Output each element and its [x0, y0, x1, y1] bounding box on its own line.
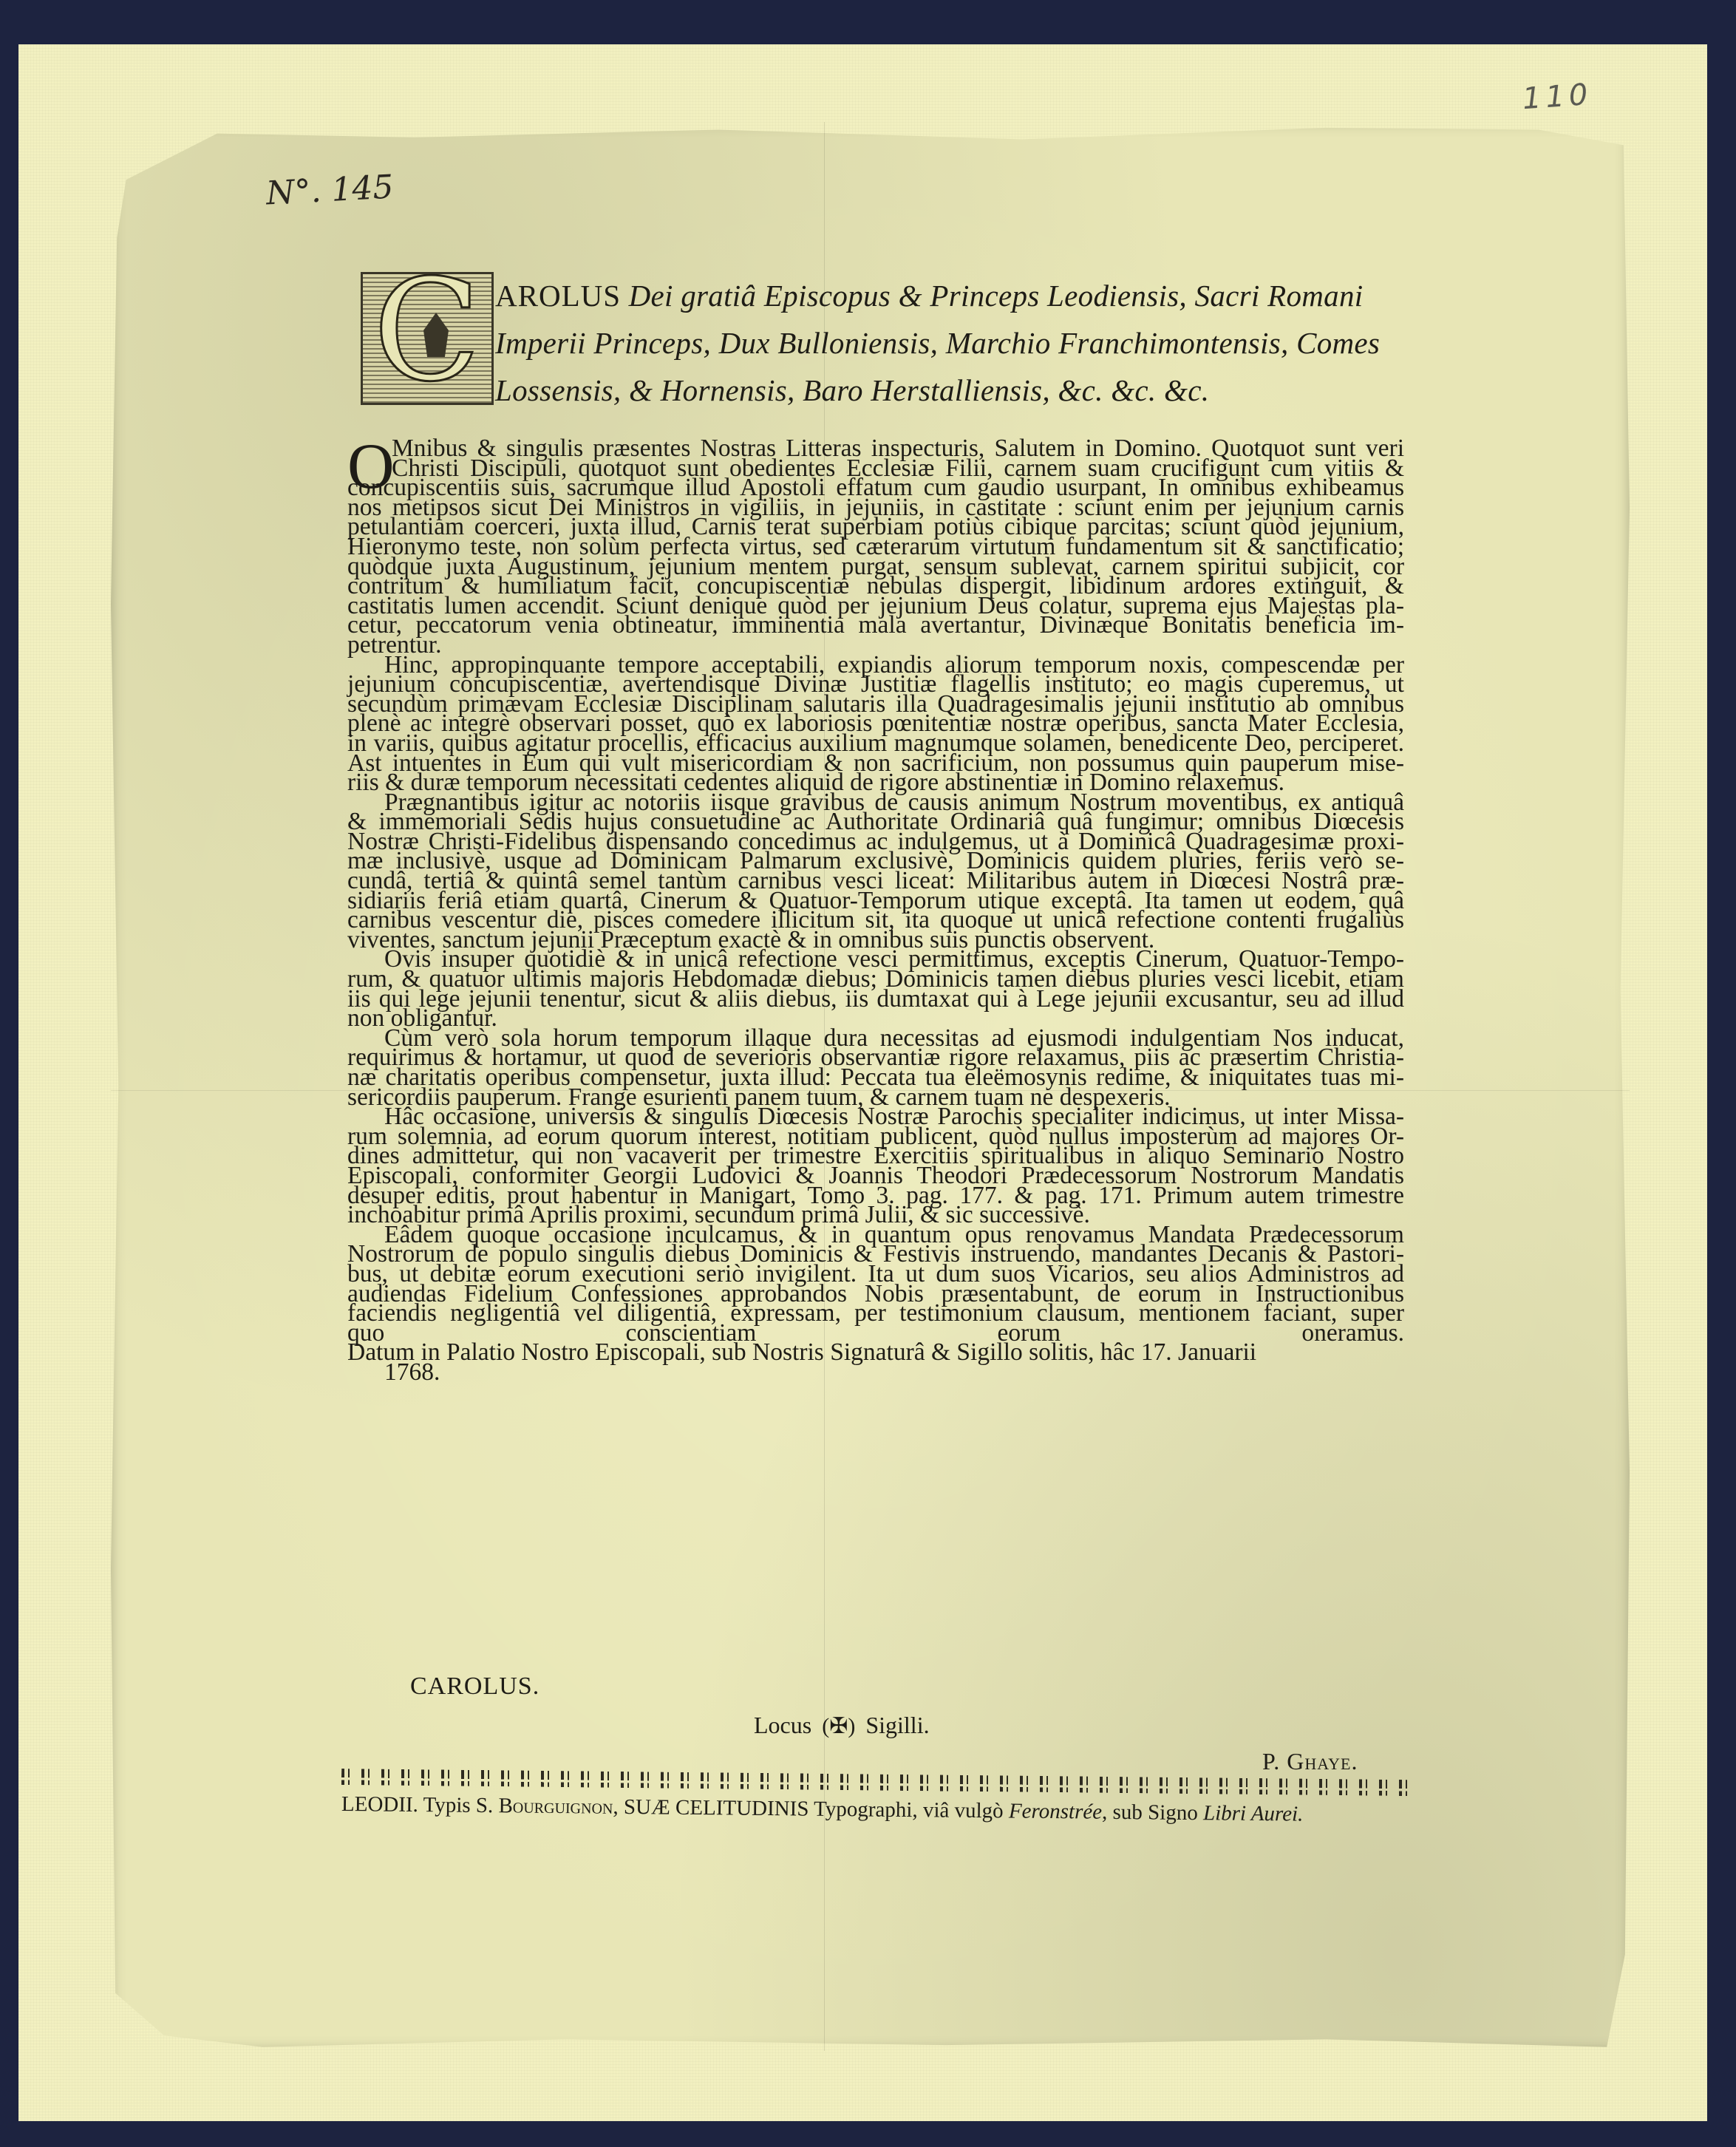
body-line: cetur, peccatorum venia obtineatur, immi… — [347, 616, 1404, 636]
archive-number: N°. 145 — [265, 169, 395, 213]
title-line: Lossensis, & Hornensis, Baro Herstallien… — [495, 367, 1412, 414]
pencil-folio-number: 110 — [1522, 78, 1593, 116]
title-lines: AROLUS Dei gratiâ Episcopus & Princeps L… — [495, 272, 1412, 414]
drop-initial-o: O — [347, 438, 395, 497]
title-line: Imperii Princeps, Dux Bulloniensis, Marc… — [495, 319, 1412, 367]
seal-cross-icon: (✠) — [822, 1713, 855, 1739]
signature-ghaye: P. Ghaye. — [1262, 1748, 1358, 1775]
signature-carolus: CAROLUS. — [410, 1673, 539, 1701]
mandate-body-text: O Mnibus & singulis præsentes Nostras Li… — [347, 439, 1404, 1383]
woodcut-initial-bishop-icon: C — [361, 272, 494, 405]
body-line: iis qui lege jejunii tenentur, sicut & a… — [347, 990, 1404, 1010]
body-line: Datum in Palatio Nostro Episcopali, sub … — [347, 1343, 1404, 1363]
locus-sigilli: Locus (✠) Sigilli. — [754, 1712, 930, 1739]
title-line: AROLUS Dei gratiâ Episcopus & Princeps L… — [495, 272, 1412, 319]
